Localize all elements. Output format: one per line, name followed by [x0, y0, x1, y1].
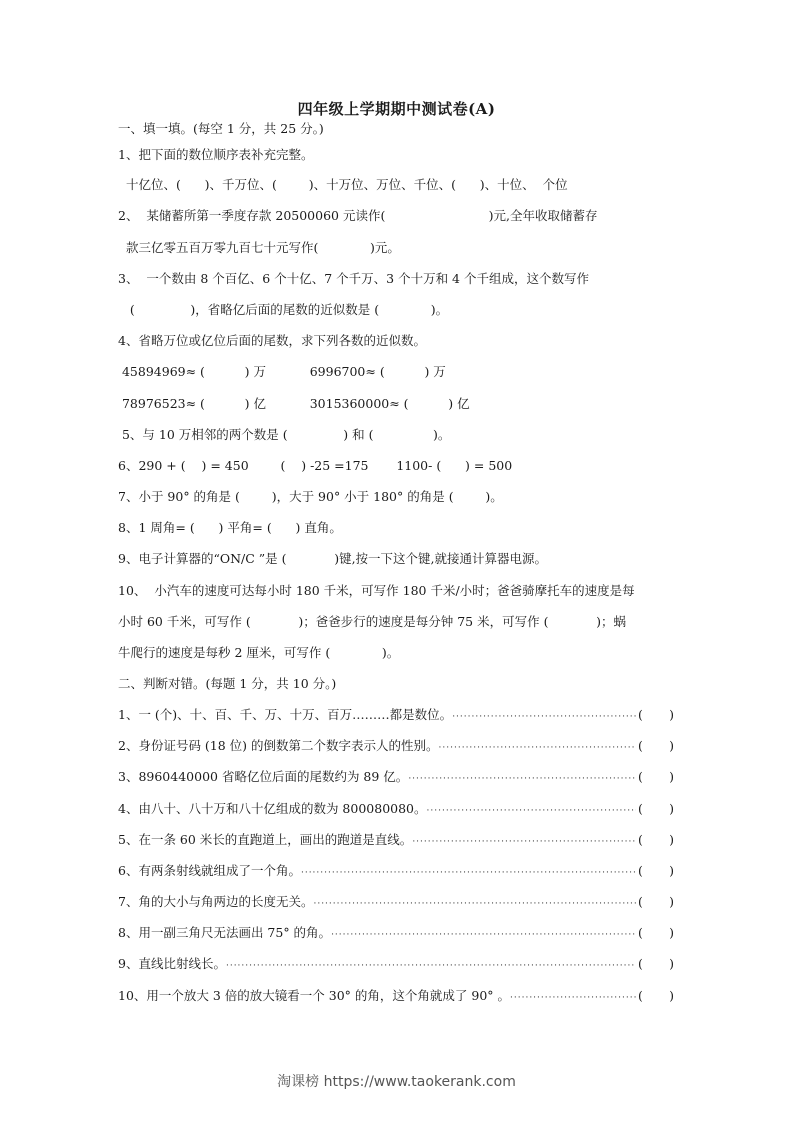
q10-line2: 小时 60 千米，可写作 ( )；爸爸步行的速度是每分钟 75 米，可写作 ( …	[118, 614, 626, 630]
q8-line: 8、1 周角= ( ) 平角= ( ) 直角。	[118, 520, 342, 536]
q6-line: 6、290 + ( ) = 450 ( ) -25 =175 1100- ( )…	[118, 458, 512, 474]
judge-item-text: 3、8960440000 省略亿位后面的尾数约为 89 亿。	[118, 769, 408, 785]
judge-item: 4、由八十、八十万和八十亿组成的数为 800080080。 ··········…	[118, 801, 674, 819]
q1-line: 十亿位、( )、千万位、( )、十万位、万位、千位、( )、十位、 个位	[118, 177, 568, 193]
judge-item-text: 7、角的大小与角两边的长度无关。	[118, 894, 313, 910]
q2-line2: 款三亿零五百万零九百七十元写作( )元。	[118, 240, 400, 256]
judge-item-text: 2、身份证号码 (18 位) 的倒数第二个数字表示人的性别。	[118, 738, 439, 754]
leader-dots: ········································…	[439, 740, 636, 756]
judge-item: 5、在一条 60 米长的直跑道上，画出的跑道是直线。 ·············…	[118, 832, 674, 850]
judge-item: 1、一 (个)、十、百、千、万、十万、百万………都是数位。 ··········…	[118, 707, 674, 725]
answer-blank[interactable]: ()	[638, 738, 674, 754]
judge-item: 7、角的大小与角两边的长度无关。 ·······················…	[118, 894, 674, 912]
q10-line3: 牛爬行的速度是每秒 2 厘米，可写作 ( )。	[118, 645, 399, 661]
answer-blank[interactable]: ()	[638, 832, 674, 848]
answer-blank[interactable]: ()	[638, 988, 674, 1004]
q4-row1: 45894969≈ ( ) 万 6996700≈ ( ) 万	[118, 364, 446, 380]
section1-heading: 一、填一填。(每空 1 分，共 25 分。)	[118, 121, 324, 137]
leader-dots: ········································…	[313, 896, 636, 912]
leader-dots: ········································…	[510, 990, 636, 1006]
judge-item-text: 4、由八十、八十万和八十亿组成的数为 800080080。	[118, 801, 427, 817]
q9-line: 9、电子计算器的“ON/C ”是 ( )键,按一下这个键,就接通计算器电源。	[118, 551, 547, 567]
judge-item: 8、用一副三角尺无法画出 75° 的角。 ···················…	[118, 925, 674, 943]
footer-watermark: 淘课榜 https://www.taokerank.com	[0, 1071, 793, 1091]
answer-blank[interactable]: ()	[638, 956, 674, 972]
q5-line: 5、与 10 万相邻的两个数是 ( ) 和 ( )。	[118, 427, 450, 443]
leader-dots: ········································…	[301, 865, 636, 881]
leader-dots: ········································…	[427, 803, 636, 819]
judge-item-text: 9、直线比射线长。	[118, 956, 226, 972]
answer-blank[interactable]: ()	[638, 925, 674, 941]
judge-item-text: 10、用一个放大 3 倍的放大镜看一个 30° 的角，这个角就成了 90° 。	[118, 988, 510, 1004]
answer-blank[interactable]: ()	[638, 707, 674, 723]
judge-item: 6、有两条射线就组成了一个角。 ························…	[118, 863, 674, 881]
q3-line2: ( )，省略亿后面的尾数的近似数是 ( )。	[118, 302, 448, 318]
answer-blank[interactable]: ()	[638, 863, 674, 879]
judge-item: 2、身份证号码 (18 位) 的倒数第二个数字表示人的性别。 ·········…	[118, 738, 674, 756]
answer-blank[interactable]: ()	[638, 801, 674, 817]
q4-row2: 78976523≈ ( ) 亿 3015360000≈ ( ) 亿	[118, 396, 470, 412]
q4-prompt: 4、省略万位或亿位后面的尾数，求下列各数的近似数。	[118, 333, 426, 349]
q7-line: 7、小于 90° 的角是 ( )，大于 90° 小于 180° 的角是 ( )。	[118, 489, 503, 505]
judge-item-text: 6、有两条射线就组成了一个角。	[118, 863, 301, 879]
q10-line1: 10、 小汽车的速度可达每小时 180 千米，可写作 180 千米/小时；爸爸骑…	[118, 583, 635, 599]
q1-prompt: 1、把下面的数位顺序表补充完整。	[118, 147, 313, 163]
answer-blank[interactable]: ()	[638, 894, 674, 910]
judge-item: 3、8960440000 省略亿位后面的尾数约为 89 亿。 ·········…	[118, 769, 674, 787]
judge-item-text: 1、一 (个)、十、百、千、万、十万、百万………都是数位。	[118, 707, 452, 723]
section2-heading: 二、判断对错。(每题 1 分，共 10 分。)	[118, 676, 336, 692]
leader-dots: ········································…	[452, 709, 636, 725]
leader-dots: ········································…	[226, 958, 636, 974]
q2-line1: 2、 某储蓄所第一季度存款 20500060 元读作( )元,全年收取储蓄存	[118, 208, 598, 224]
leader-dots: ········································…	[412, 834, 636, 850]
judge-item-text: 8、用一副三角尺无法画出 75° 的角。	[118, 925, 331, 941]
page-title: 四年级上学期期中测试卷(A)	[0, 98, 793, 119]
q3-line1: 3、 一个数由 8 个百亿、6 个十亿、7 个千万、3 个十万和 4 个千组成，…	[118, 271, 589, 287]
judge-item: 9、直线比射线长。 ······························…	[118, 956, 674, 974]
leader-dots: ········································…	[408, 771, 636, 787]
judge-item: 10、用一个放大 3 倍的放大镜看一个 30° 的角，这个角就成了 90° 。 …	[118, 988, 674, 1006]
leader-dots: ········································…	[331, 927, 636, 943]
judge-item-text: 5、在一条 60 米长的直跑道上，画出的跑道是直线。	[118, 832, 412, 848]
answer-blank[interactable]: ()	[638, 769, 674, 785]
